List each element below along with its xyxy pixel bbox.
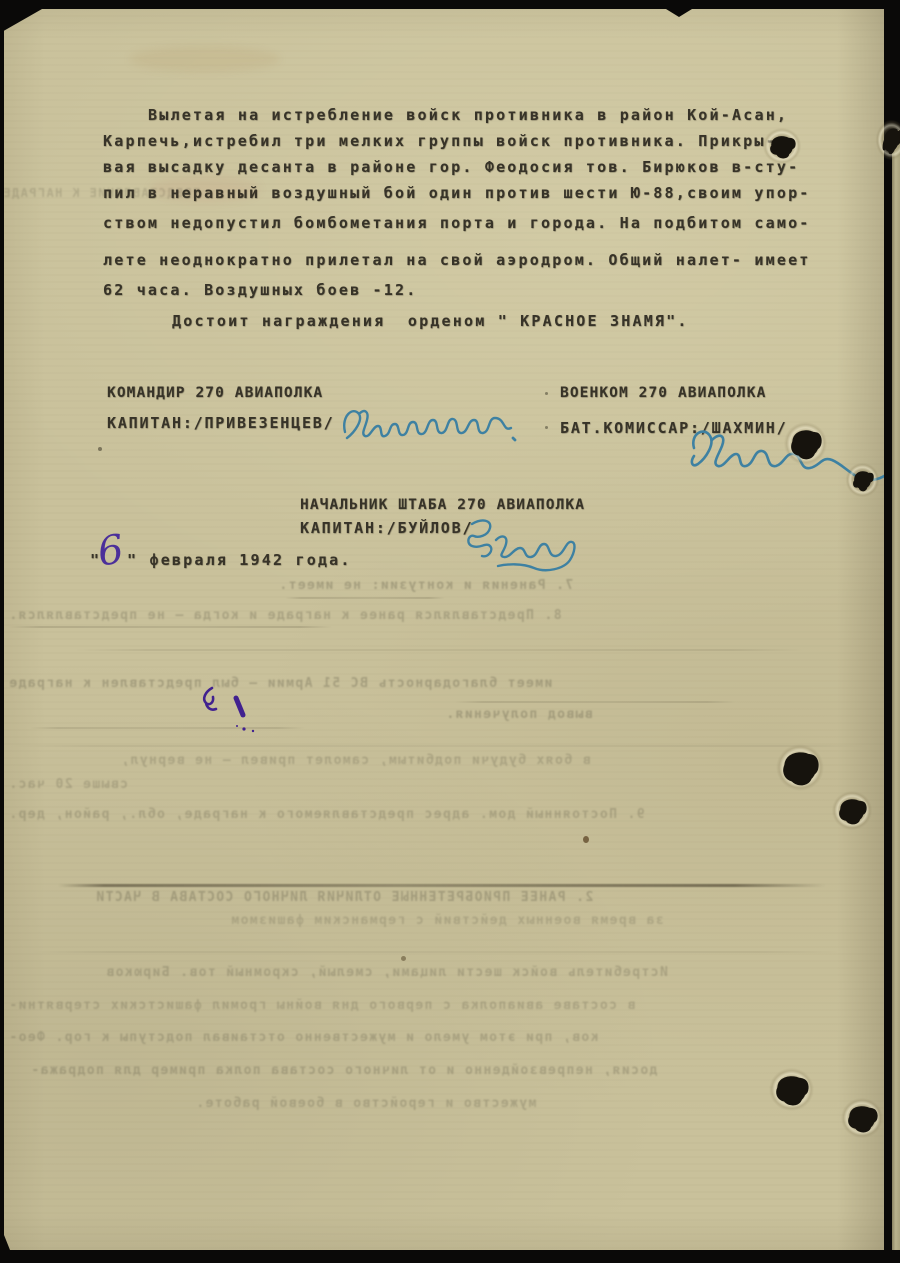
scanned-document-page: ПРЕДСТАВЛЕНИЕ К НАГРАДЕ 7. Ранения и кон… [0,0,900,1263]
bleed-rule [455,701,735,703]
paper-speck [583,836,589,843]
paper-hole [849,1106,875,1130]
adjacent-page-edge [892,130,900,1252]
commander-title: КОМАНДИР 270 АВИАПОЛКА [107,385,323,401]
paper-speck [545,392,548,395]
paper-hole [792,430,819,457]
bleed-through-text: в составе авиаполка с первого дня войны … [8,998,635,1013]
award-line: Достоит награждения орденом " КРАСНОЕ ЗН… [172,312,689,330]
purple-ink-marks [196,680,266,740]
typed-line: Вылетая на истребление войск противника … [148,106,788,124]
typed-line: вая высадку десанта в районе гор. Феодос… [103,158,799,176]
chief-of-staff-name-line: КАПИТАН:/БУЙЛОВ/ [300,519,473,537]
bleed-through-text: Истребитель войск шести лицами, смелый, … [105,965,668,980]
scanner-background-bottom [0,1250,900,1263]
scanner-background-left [0,0,4,1263]
fold-line [58,884,826,887]
bleed-rule [8,745,868,747]
paper-sheet: ПРЕДСТАВЛЕНИЕ К НАГРАДЕ 7. Ранения и кон… [0,0,900,1263]
bleed-through-text: вывод получения. [445,707,593,722]
bleed-rule [30,951,840,953]
bleed-through-text: 8. Представлялся ранее к награде и когда… [8,608,562,623]
paper-hole [777,1076,806,1103]
typed-line: пил в неравный воздушный бой один против… [103,184,811,202]
paper-hole [784,752,816,783]
bleed-through-text: свыше 20 час. [8,777,128,792]
bleed-rule [8,626,333,628]
typed-line: 62 часа. Воздушных боев -12. [103,281,417,299]
paper-stain [130,46,280,72]
bleed-through-text: ков, при этом умело и мужественно отстаи… [8,1030,599,1045]
bleed-rule [75,649,805,651]
bleed-through-text: 2. РАНЕЕ ПРИОБРЕТЕННЫЕ ОТЛИЧИЯ ЛИЧНОГО С… [95,890,593,905]
paper-speck [545,426,548,429]
bleed-through-text: мужество и геройство в боевой работе. [195,1096,536,1111]
commissar-title: ВОЕНКОМ 270 АВИАПОЛКА [560,385,766,401]
bleed-through-text: досия, непревзойденно и от личного соста… [30,1063,657,1078]
bleed-through-text: 9. Постоянный дом. адрес представляемого… [8,807,645,822]
bleed-through-text: в боях будучи подбитым, самолет привел —… [120,753,591,768]
scanner-background-top [0,0,900,9]
typed-line: Карпечь,истребил три мелких группы войск… [103,132,777,150]
paper-hole [840,799,864,822]
bleed-through-text: за время военных действий с германским ф… [230,913,664,928]
paper-hole [884,128,899,152]
bleed-rule [285,597,445,599]
typed-line: лете неоднократно прилетал на свой аэрод… [103,251,811,269]
commander-name-line: КАПИТАН:/ПРИВЕЗЕНЦЕВ/ [107,414,334,432]
typed-line: ством недопустил бомбометания порта и го… [103,214,811,232]
paper-hole [854,471,871,489]
bleed-through-text: 7. Ранения и контузии: не имеет. [278,578,573,593]
bleed-through-text: имеет благодарность ВС 51 Армии — был пр… [8,676,552,691]
buylov-signature [452,510,582,576]
date-text: " февраля 1942 года. [127,551,352,569]
handwritten-day: 6 [95,526,127,575]
privezentsev-signature [335,398,520,456]
paper-speck [98,447,102,451]
paper-hole [771,136,793,156]
paper-speck [401,956,406,961]
